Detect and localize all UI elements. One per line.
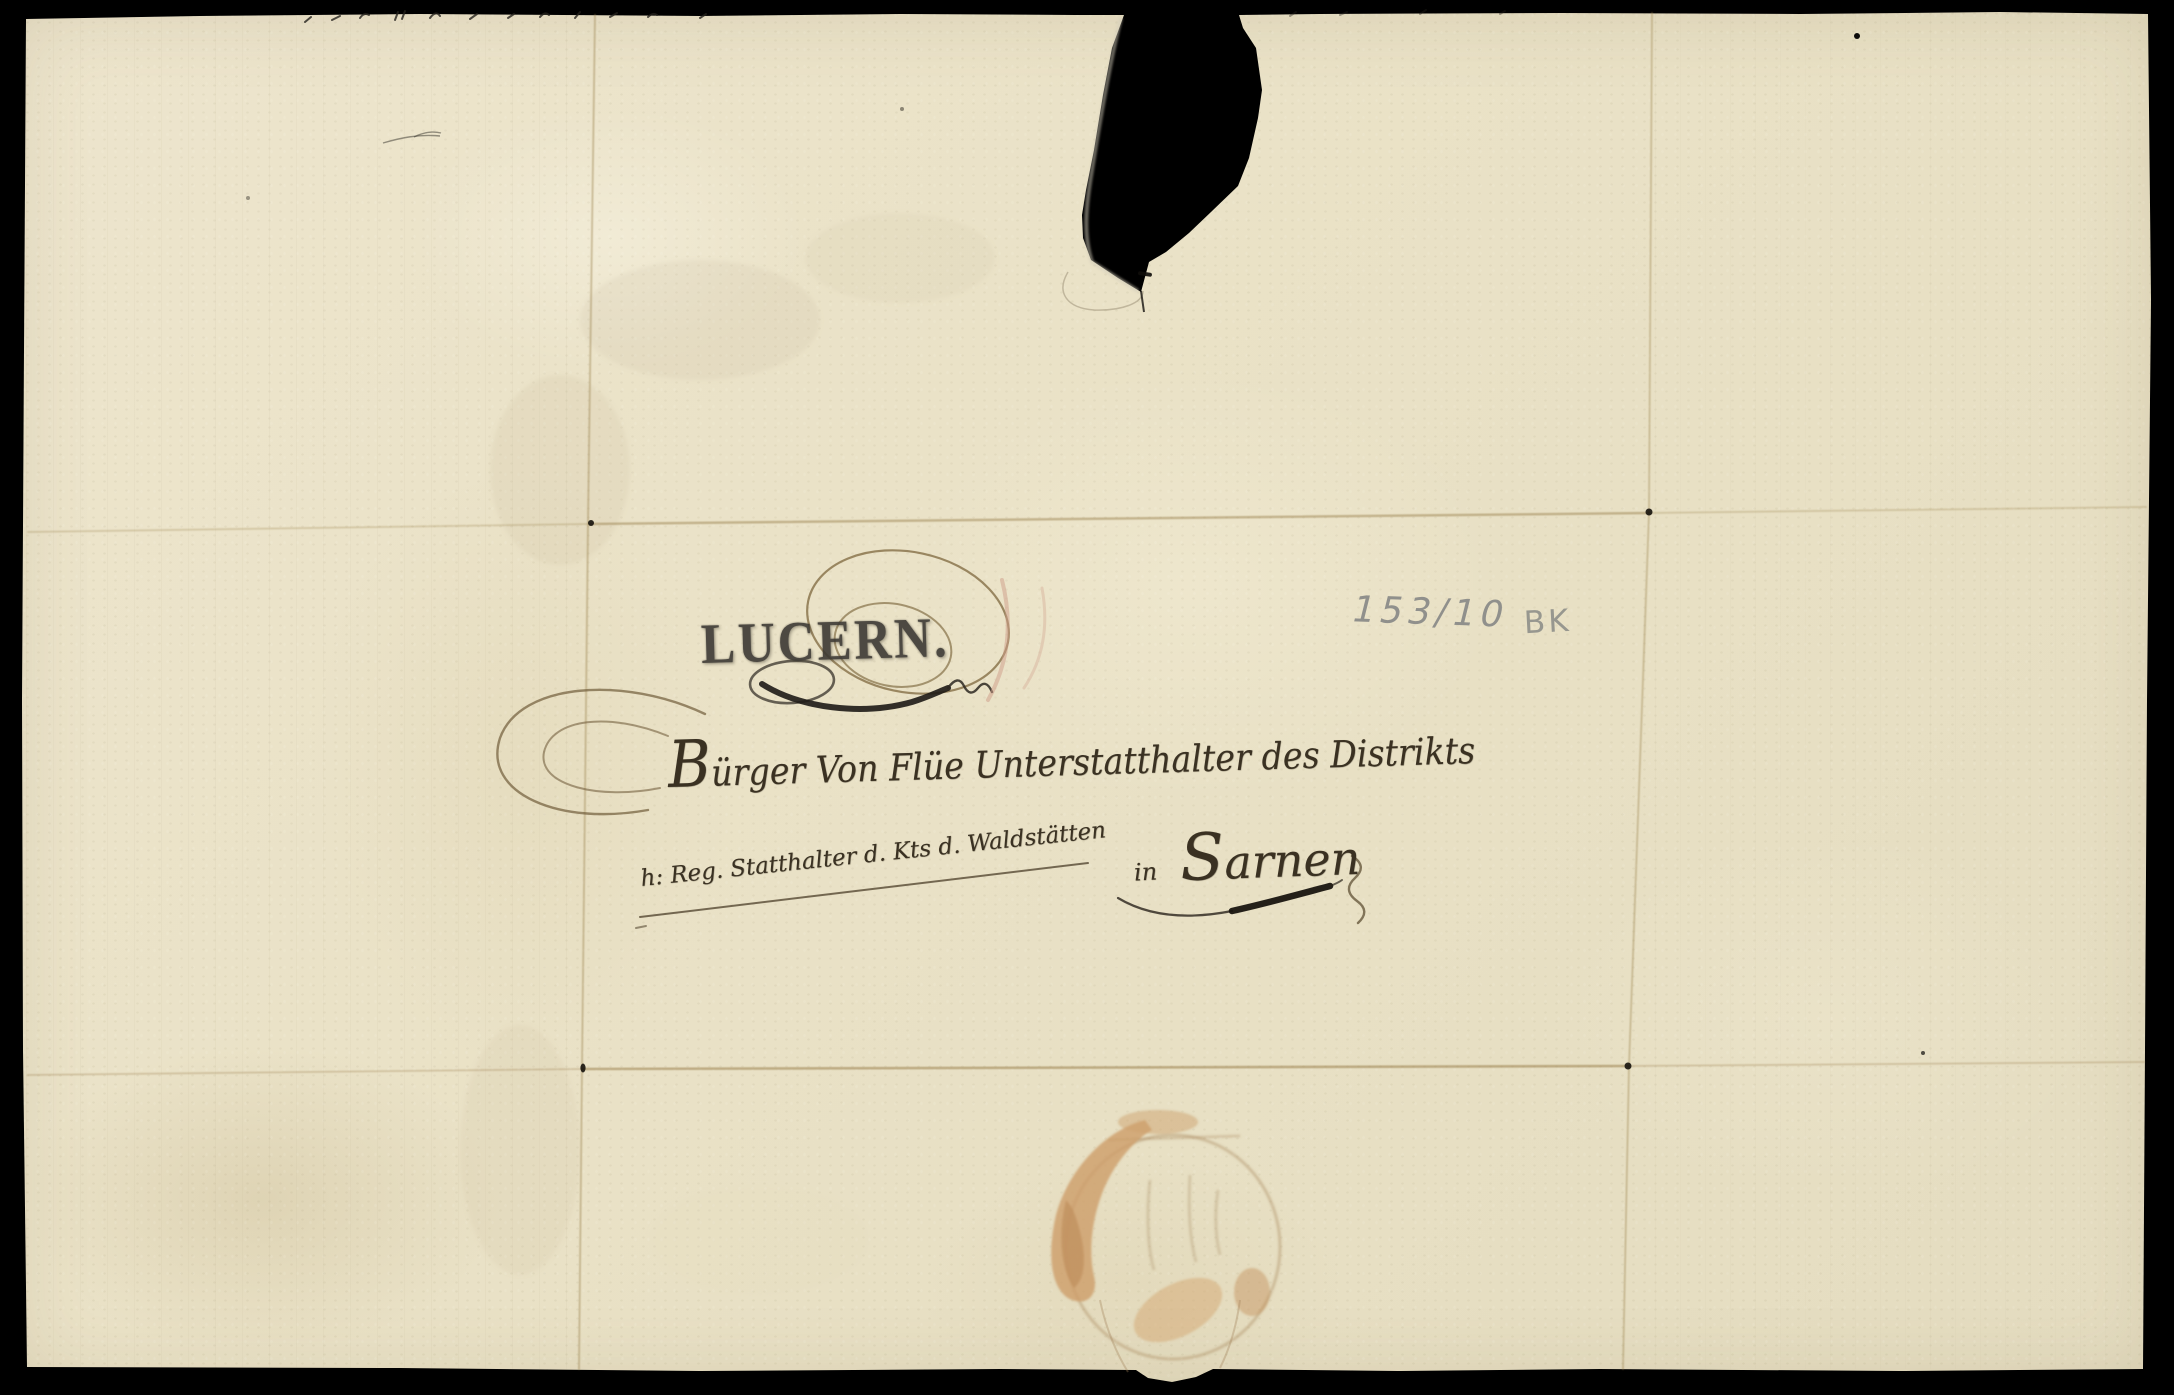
pencil-initials: BK (1523, 603, 1572, 641)
scanned-letter-photo: LUCERN. 153/10 BK Bürger Von Flüe Unters… (0, 0, 2174, 1395)
address-line3-prefix: in (1133, 857, 1158, 886)
laid-paper-lines-left (26, 14, 571, 1369)
letter-sheet (0, 0, 2174, 1395)
lucern-postmark-stamp: LUCERN. (700, 605, 950, 677)
pencil-catalog-number: 153/10 (1348, 589, 1514, 635)
address-line3-place: Sarnen (1179, 815, 1362, 896)
laid-paper-lines-right (1655, 12, 2145, 1369)
